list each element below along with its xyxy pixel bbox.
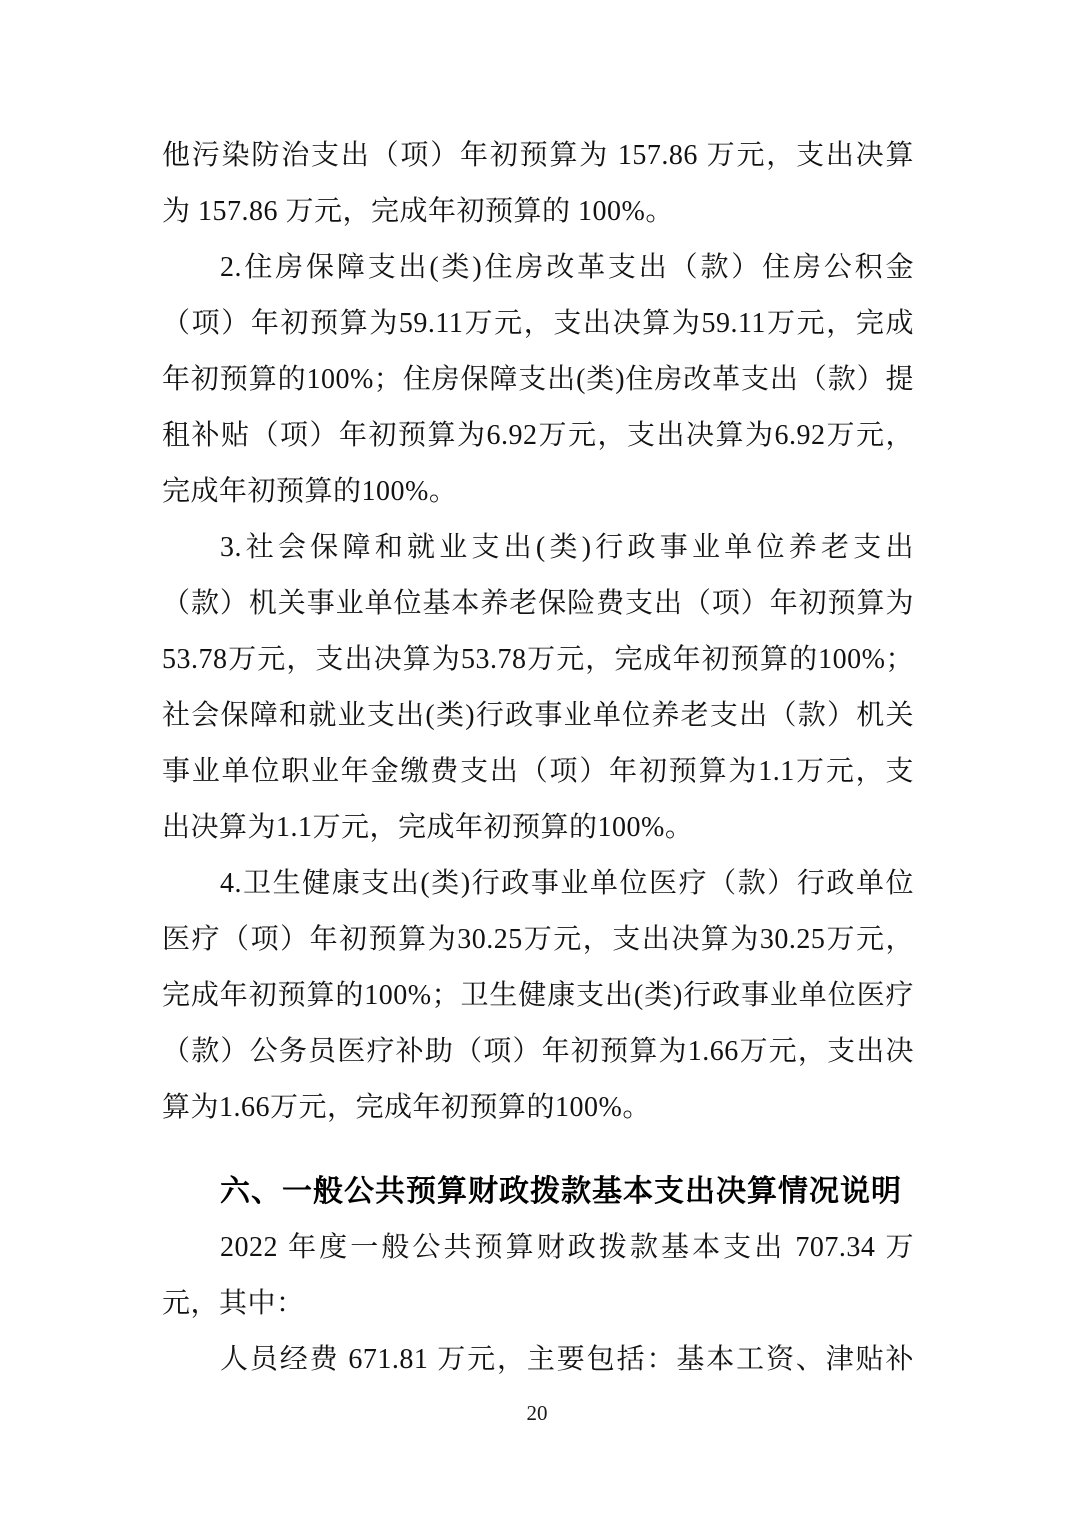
text-line: 社会保障和就业支出(类)行政事业单位养老支出（款）机关: [162, 688, 914, 744]
text-line: （项）年初预算为59.11万元，支出决算为59.11万元，完成: [162, 296, 914, 352]
text-line-item-4-health: 4.卫生健康支出(类)行政事业单位医疗（款）行政单位: [162, 856, 914, 912]
text-line: 出决算为1.1万元，完成年初预算的100%。: [162, 800, 914, 856]
text-line: 为 157.86 万元，完成年初预算的 100%。: [162, 184, 914, 240]
document-body: 他污染防治支出（项）年初预算为 157.86 万元，支出决算 为 157.86 …: [162, 128, 914, 1388]
text-line: 53.78万元，支出决算为53.78万元，完成年初预算的100%；: [162, 632, 914, 688]
text-line: （款）公务员医疗补助（项）年初预算为1.66万元，支出决: [162, 1024, 914, 1080]
text-line: 他污染防治支出（项）年初预算为 157.86 万元，支出决算: [162, 128, 914, 184]
text-line: 算为1.66万元，完成年初预算的100%。: [162, 1080, 914, 1136]
text-line-item-2-housing: 2.住房保障支出(类)住房改革支出（款）住房公积金: [162, 240, 914, 296]
document-page: 他污染防治支出（项）年初预算为 157.86 万元，支出决算 为 157.86 …: [0, 0, 1074, 1520]
text-line-item-3-social-security: 3.社会保障和就业支出(类)行政事业单位养老支出: [162, 520, 914, 576]
section-heading-six: 六、一般公共预算财政拨款基本支出决算情况说明: [162, 1164, 914, 1220]
text-line: 年初预算的100%；住房保障支出(类)住房改革支出（款）提: [162, 352, 914, 408]
text-line: 事业单位职业年金缴费支出（项）年初预算为1.1万元，支: [162, 744, 914, 800]
page-number: 20: [0, 1400, 1074, 1426]
text-line: 医疗（项）年初预算为30.25万元，支出决算为30.25万元，: [162, 912, 914, 968]
text-line: （款）机关事业单位基本养老保险费支出（项）年初预算为: [162, 576, 914, 632]
text-line: 元，其中：: [162, 1276, 914, 1332]
text-line: 完成年初预算的100%。: [162, 464, 914, 520]
text-line: 2022 年度一般公共预算财政拨款基本支出 707.34 万: [162, 1220, 914, 1276]
text-line: 完成年初预算的100%；卫生健康支出(类)行政事业单位医疗: [162, 968, 914, 1024]
text-line: 租补贴（项）年初预算为6.92万元，支出决算为6.92万元，: [162, 408, 914, 464]
text-line: 人员经费 671.81 万元，主要包括：基本工资、津贴补: [162, 1332, 914, 1388]
